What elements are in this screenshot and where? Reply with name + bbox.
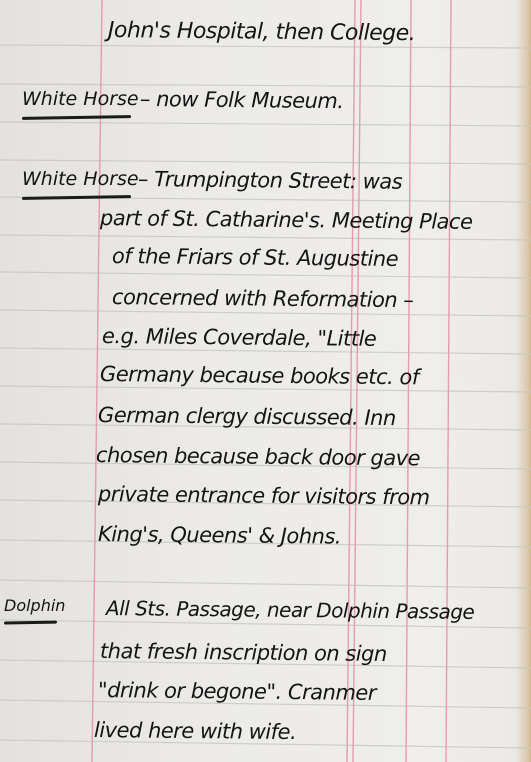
entry-line: part of St. Catharine's. Meeting Place [100,208,473,233]
entry-line: "drink or begone". Cranmer [98,680,376,704]
entry-line: of the Friars of St. Augustine [112,246,398,270]
intro-line: John's Hospital, then College. [108,20,415,45]
entry-line: concerned with Reformation – [112,287,414,311]
entry-line: Germany because books etc. of [100,364,419,388]
entry-heading: Dolphin [4,598,65,614]
entry-line: King's, Queens' & Johns. [98,524,341,548]
entry-line: All Sts. Passage, near Dolphin Passage [106,598,475,622]
entry-line: chosen because back door gave [96,445,420,469]
entry-line: lived here with wife. [94,720,296,743]
entry-line: – Trumpington Street: was [138,169,402,193]
entry-line: – now Folk Museum. [140,89,344,112]
entry-line: German clergy discussed. Inn [98,405,396,429]
entry-line: private entrance for visitors from [98,484,430,508]
entry-line: that fresh inscription on sign [100,641,387,665]
entry-heading: White Horse [22,170,139,189]
entry-line: e.g. Miles Coverdale, "Little [102,326,377,350]
entry-heading: White Horse [22,90,139,109]
